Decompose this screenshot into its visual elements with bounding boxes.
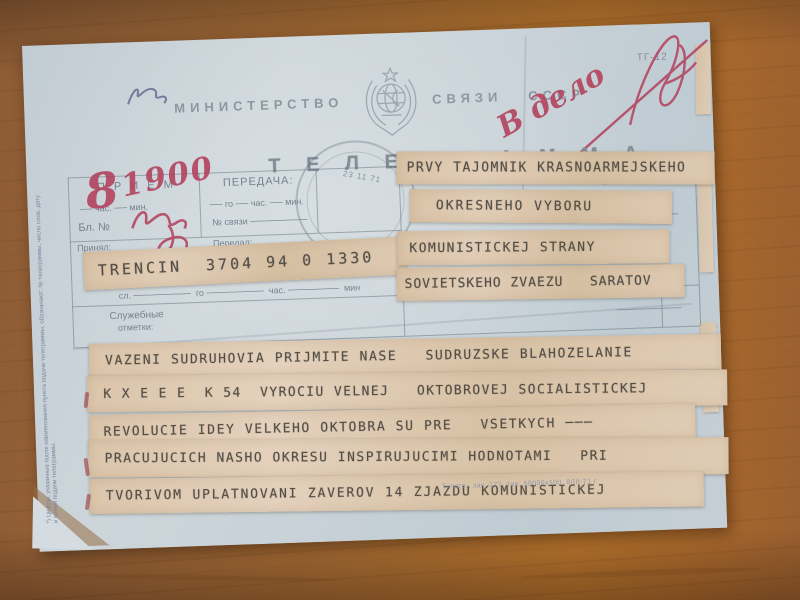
margin-footnote: *) Цифры, указанные после наименования п… [35,191,61,523]
svyaz-number-row: № связи ───────── [212,214,308,227]
wood-grain-streak [520,566,760,580]
peredacha-time-row: ── го ── час. ── мин. [209,196,304,209]
address-strip: PRVY TAJOMNIK KRASNOARMEJSKEHO [397,151,715,184]
service-marks-label2: отметки: [118,322,154,333]
ussr-emblem [359,64,424,140]
address-line: KOMUNISTICKEJ STRANY [397,239,596,255]
address-strip: OKRESNEHO VYBORU [410,189,672,224]
peredacha-label: ПЕРЕДАЧА: [223,175,294,189]
origin-line: TRENCIN 3704 94 0 1330 [83,248,374,280]
message-strip: TVORIVOM UPLATNOVANI ZAVEROV 14 ZJAZDU K… [90,471,704,513]
handwritten-time: 1900 [118,150,218,205]
form-line [68,177,75,347]
photo-of-telegram: { "telegram": { "code": "ТГ-12", "minist… [0,0,800,600]
address-strip: SOVIETSKEHO ZVAEZU SARATOV [396,264,684,301]
wood-grain-streak [40,572,340,582]
folded-corner [32,496,93,549]
pen-mark [123,79,180,115]
address-line: OKRESNEHO VYBORU [410,198,593,214]
message-line: REVOLUCIE IDEY VELKEHO OKTOBRA SU PRE VS… [89,415,593,440]
service-marks-label1: Служебные [109,309,164,322]
address-strip: KOMUNISTICKEJ STRANY [397,229,669,265]
blank-number-label: Бл. № [78,221,110,234]
telegram-sheet: МИНИСТЕРСТВО СВЯЗИ СССР ТГ-12 В дело Т Е… [22,22,727,552]
address-line: PRVY TAJOMNIK KRASNOARMEJSKEHO [397,160,687,175]
message-line: K X E E E K 54 VYROCIU VELNEJ OKTOBROVEJ… [87,381,648,402]
handwritten-hour: 8 [81,161,122,221]
address-line: SOVIETSKEHO ZVAEZU SARATOV [396,273,651,292]
message-line: VAZENI SUDRUHOVIA PRIJMITE NASE SUDRUZSK… [89,345,633,369]
message-line: PRACUJUCICH NASHO OKRESU INSPIRUJUCIMI H… [89,449,609,467]
ministry-name-left: МИНИСТЕРСТВО [174,95,344,116]
